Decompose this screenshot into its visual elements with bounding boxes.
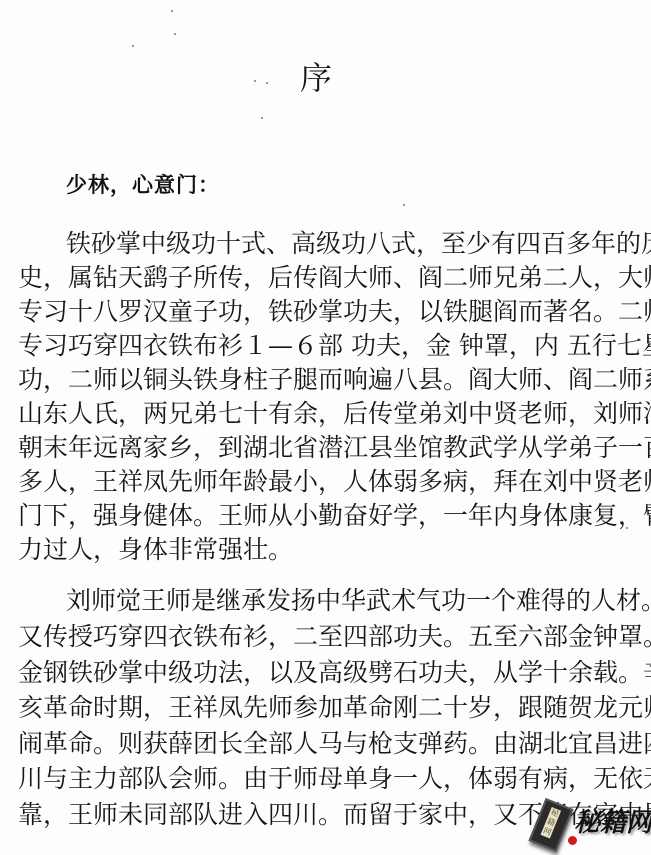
- text-line: 刘师觉王师是继承发扬中华武术气功一个难得的人材。: [66, 585, 642, 617]
- watermark-text: 秘籍网: [574, 806, 651, 840]
- scan-speck: [132, 45, 134, 47]
- text-line: 山东人氏，两兄弟七十有余，后传堂弟刘中贤老师，刘师清: [18, 398, 642, 430]
- text-line: 门下，强身健体。王师从小勤奋好学，一年内身体康复，臂: [18, 500, 642, 532]
- text-line: 专习十八罗汉童子功，铁砂掌功夫，以铁腿阎而著名。二师: [18, 296, 642, 328]
- scan-speck: [174, 33, 176, 35]
- scan-speck: [626, 527, 628, 529]
- book-icon: 秘籍网: [528, 798, 573, 852]
- text-line: 史，属钻天鹞子所传，后传阎大师、阎二师兄弟二人，大师: [18, 262, 642, 294]
- text-line: 亥革命时期，王祥凤先师参加革命刚二十岁，跟随贺龙元帅: [18, 692, 642, 724]
- text-line: 铁砂掌中级功十式、高级功八式，至少有四百多年的历: [66, 228, 642, 260]
- scan-speck: [171, 10, 173, 12]
- scanned-book-page: 序 少林，心意门： 铁砂掌中级功十式、高级功八式，至少有四百多年的历 史，属钻天…: [0, 0, 651, 855]
- text-line: 多人，王祥凤先师年龄最小，人体弱多病，拜在刘中贤老师: [18, 466, 642, 498]
- book-label: 秘籍网: [541, 807, 562, 839]
- scan-speck: [266, 82, 268, 84]
- scan-speck: [254, 80, 256, 82]
- text-line: 金钢铁砂掌中级功法，以及高级劈石功夫，从学十余载。辛: [18, 657, 642, 689]
- scan-speck: [261, 117, 263, 119]
- scan-speck: [403, 204, 405, 206]
- text-line: 闹革命。则获薛团长全部人马与枪支弹药。由湖北宜昌进四: [18, 728, 642, 760]
- text-line: 专习巧穿四衣铁布衫１—６部 功夫，金 钟罩，内 五行七星: [18, 330, 642, 362]
- text-line: 朝末年远离家乡，到湖北省潜江县坐馆教武学从学弟子一百: [18, 432, 642, 464]
- text-line: 川与主力部队会师。由于师母单身一人，体弱有病，无依无: [18, 763, 642, 795]
- text-line: 力过人，身体非常强壮。: [18, 534, 642, 566]
- text-line: 功，二师以铜头铁身柱子腿而响遍八县。阎大师、阎二师系: [18, 364, 642, 396]
- text-line: 又传授巧穿四衣铁布衫，二至四部功夫。五至六部金钟罩。: [18, 621, 642, 653]
- section-heading: 少林，心意门：: [66, 170, 220, 200]
- site-watermark: 秘籍网 秘籍网: [528, 800, 648, 852]
- page-title: 序: [300, 58, 332, 98]
